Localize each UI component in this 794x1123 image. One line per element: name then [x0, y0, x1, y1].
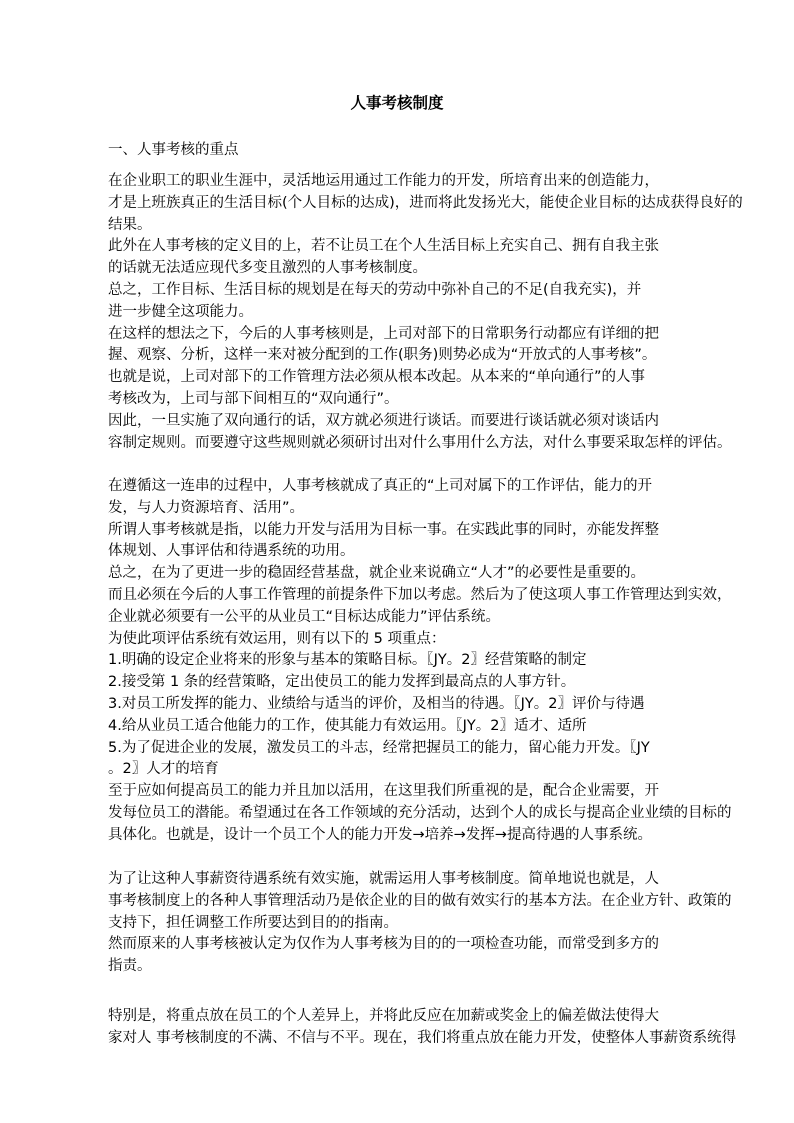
- text-line: 为了让这种人事薪资待遇系统有效实施，就需运用人事考核制度。简单地说也就是，人: [108, 869, 774, 891]
- text-line: 指责。: [108, 956, 774, 978]
- text-line: 3.对员工所发挥的能力、业绩给与适当的评价，及相当的待遇。〖JY。2〗评价与待遇: [108, 694, 774, 716]
- text-line: 2.接受第 1 条的经营策略，定出使员工的能力发挥到最高点的人事方针。: [108, 672, 774, 694]
- text-line: 1.明确的设定企业将来的形象与基本的策略目标。〖JY。2〗经营策略的制定: [108, 650, 774, 672]
- document-page: 人事考核制度 一、人事考核的重点 在企业职工的职业生涯中，灵活地运用通过工作能力…: [0, 0, 794, 1123]
- document-body: 在企业职工的职业生涯中，灵活地运用通过工作能力的开发，所培育出来的创造能力，才是…: [0, 0, 794, 1123]
- text-line: 为使此项评估系统有效运用，则有以下的 5 项重点：: [108, 629, 774, 651]
- text-line: 握、观察、分析，这样一来对被分配到的工作(职务)则势必成为“开放式的人事考核”。: [108, 345, 774, 367]
- paragraph: 在遵循这一连串的过程中，人事考核就成了真正的“上司对属下的工作评估，能力的开发，…: [108, 476, 774, 847]
- paragraph: 在企业职工的职业生涯中，灵活地运用通过工作能力的开发，所培育出来的创造能力，才是…: [108, 171, 774, 454]
- text-line: 体规划、人事评估和待遇系统的功用。: [108, 541, 774, 563]
- text-line: 发，与人力资源培育、活用”。: [108, 498, 774, 520]
- text-line: 考核改为，上司与部下间相互的“双向通行”。: [108, 389, 774, 411]
- text-line: 的话就无法适应现代多变且激烈的人事考核制度。: [108, 258, 774, 280]
- text-line: 在企业职工的职业生涯中，灵活地运用通过工作能力的开发，所培育出来的创造能力，: [108, 171, 774, 193]
- text-line: 而且必须在今后的人事工作管理的前提条件下加以考虑。然后为了使这项人事工作管理达到…: [108, 585, 774, 607]
- text-line: 4.给从业员工适合他能力的工作，使其能力有效运用。〖JY。2〗适才、适所: [108, 716, 774, 738]
- paragraph: 为了让这种人事薪资待遇系统有效实施，就需运用人事考核制度。简单地说也就是，人事考…: [108, 869, 774, 978]
- text-line: 然而原来的人事考核被认定为仅作为人事考核为目的的一项检查功能，而常受到多方的: [108, 934, 774, 956]
- text-line: 至于应如何提高员工的能力并且加以活用，在这里我们所重视的是，配合企业需要，开: [108, 781, 774, 803]
- text-line: 总之，工作目标、生活目标的规划是在每天的劳动中弥补自己的不足(自我充实)，并: [108, 280, 774, 302]
- text-line: 因此，一旦实施了双向通行的话，双方就必须进行谈话。而要进行谈话就必须对谈话内: [108, 411, 774, 433]
- text-line: 支持下，担任调整工作所要达到目的的指南。: [108, 913, 774, 935]
- text-line: 5.为了促进企业的发展，激发员工的斗志，经常把握员工的能力，留心能力开发。〖JY: [108, 738, 774, 760]
- text-line: 特别是，将重点放在员工的个人差异上，并将此反应在加薪或奖金上的偏差做法使得大: [108, 1006, 774, 1028]
- text-line: 也就是说，上司对部下的工作管理方法必须从根本改起。从本来的“单向通行”的人事: [108, 367, 774, 389]
- text-line: 发每位员工的潜能。希望通过在各工作领域的充分活动，达到个人的成长与提高企业业绩的…: [108, 803, 774, 825]
- text-line: 所谓人事考核就是指，以能力开发与活用为目标一事。在实践此事的同时，亦能发挥整: [108, 520, 774, 542]
- text-line: 家对人 事考核制度的不满、不信与不平。现在，我们将重点放在能力开发，使整体人事薪…: [108, 1028, 774, 1050]
- text-line: 才是上班族真正的生活目标(个人目标的达成)，进而将此发扬光大，能使企业目标的达成…: [108, 193, 774, 215]
- text-line: 总之，在为了更进一步的稳固经营基盘，就企业来说确立“人才”的必要性是重要的。: [108, 563, 774, 585]
- text-line: 。2〗人才的培育: [108, 759, 774, 781]
- text-line: 结果。: [108, 215, 774, 237]
- text-line: 此外在人事考核的定义目的上，若不让员工在个人生活目标上充实自己、拥有自我主张: [108, 236, 774, 258]
- text-line: 事考核制度上的各种人事管理活动乃是依企业的目的做有效实行的基本方法。在企业方针、…: [108, 891, 774, 913]
- paragraph: 特别是，将重点放在员工的个人差异上，并将此反应在加薪或奖金上的偏差做法使得大家对…: [108, 1006, 774, 1050]
- text-line: 进一步健全这项能力。: [108, 302, 774, 324]
- text-line: 容制定规则。而要遵守这些规则就必须研讨出对什么事用什么方法，对什么事要采取怎样的…: [108, 433, 774, 455]
- text-line: 在遵循这一连串的过程中，人事考核就成了真正的“上司对属下的工作评估，能力的开: [108, 476, 774, 498]
- text-line: 在这样的想法之下，今后的人事考核则是，上司对部下的日常职务行动都应有详细的把: [108, 324, 774, 346]
- text-line: 具体化。也就是，设计一个员工个人的能力开发→培养→发挥→提高待遇的人事系统。: [108, 825, 774, 847]
- text-line: 企业就必须要有一公平的从业员工“目标达成能力”评估系统。: [108, 607, 774, 629]
